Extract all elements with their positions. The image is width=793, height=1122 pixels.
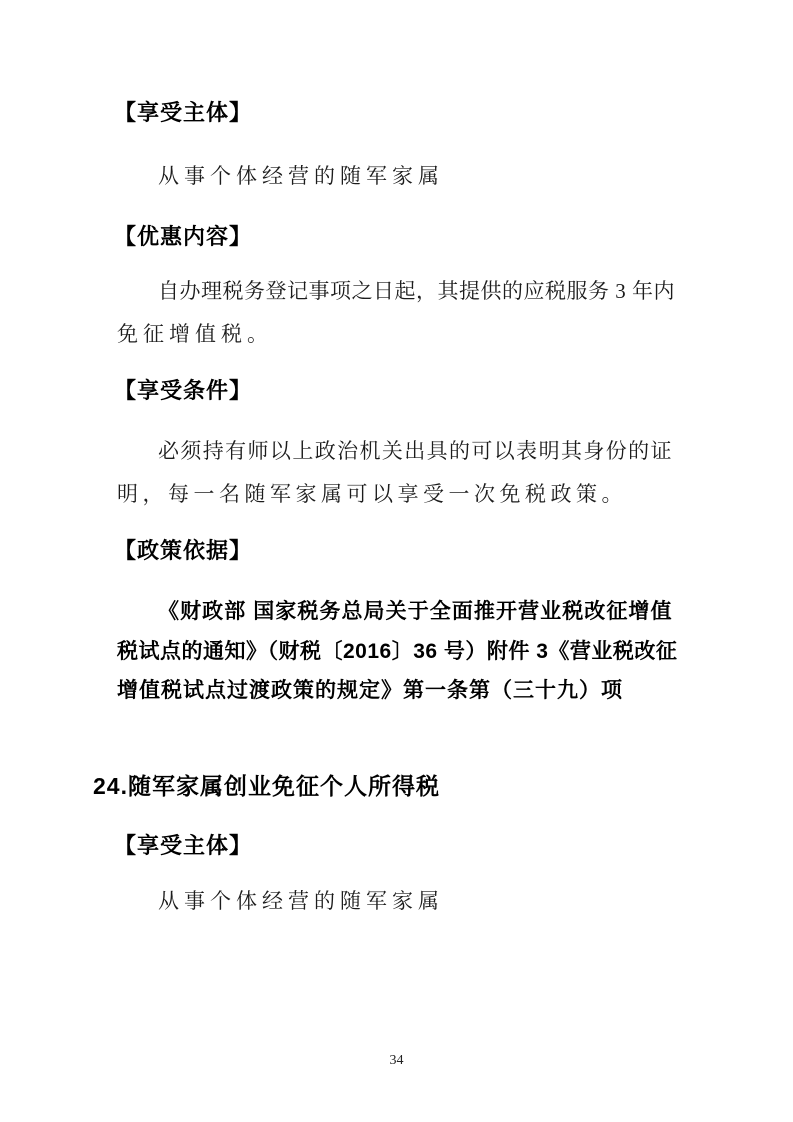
- paragraph-line: 自办理税务登记事项之日起，其提供的应税服务 3 年内: [158, 278, 672, 304]
- section-heading-benefit-subject: 【享受主体】: [114, 100, 252, 125]
- section-heading-benefit-subject-2: 【享受主体】: [114, 833, 252, 858]
- policy-reference-line: 《财政部 国家税务总局关于全面推开营业税改征增值: [158, 599, 672, 625]
- section-heading-benefit-content: 【优惠内容】: [114, 224, 252, 249]
- paragraph-line: 免征增值税。: [117, 321, 273, 347]
- paragraph-line: 必须持有师以上政治机关出具的可以表明其身份的证: [158, 438, 672, 464]
- document-page: 【享受主体】 从事个体经营的随军家属 【优惠内容】 自办理税务登记事项之日起，其…: [0, 0, 793, 1122]
- paragraph-line: 明，每一名随军家属可以享受一次免税政策。: [117, 481, 627, 507]
- policy-reference-line: 税试点的通知》（财税〔2016〕36 号）附件 3《营业税改征: [117, 639, 672, 665]
- section-heading-policy-basis: 【政策依据】: [114, 538, 252, 563]
- section-heading-benefit-condition: 【享受条件】: [114, 378, 252, 403]
- paragraph-line: 从事个体经营的随军家属: [158, 888, 444, 914]
- policy-reference-line: 增值税试点过渡政策的规定》第一条第（三十九）项: [117, 678, 623, 704]
- paragraph-line: 从事个体经营的随军家属: [158, 163, 444, 189]
- item-24-heading: 24.随军家属创业免征个人所得税: [93, 773, 440, 799]
- page-number: 34: [0, 1053, 793, 1069]
